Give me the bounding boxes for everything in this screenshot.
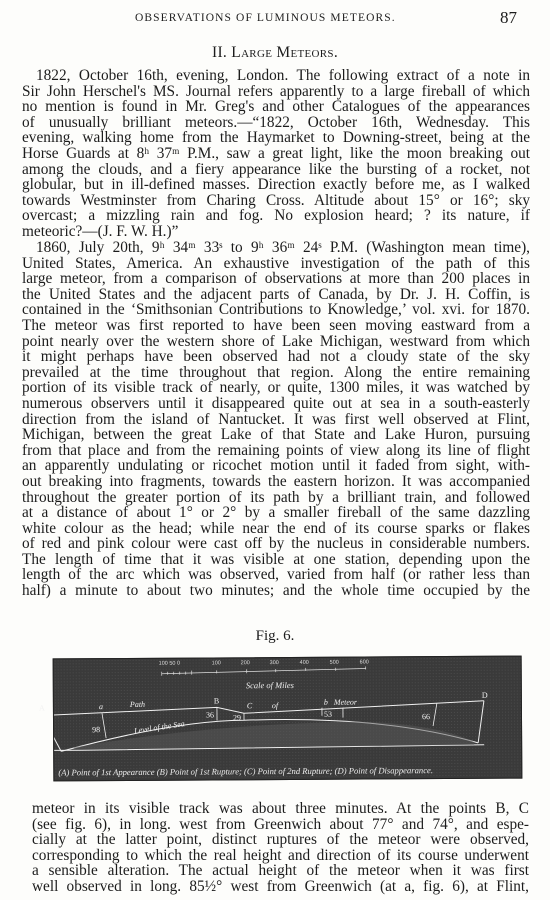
point-label-a: a [99,702,103,711]
text-line: a sensible alteration. The actual height… [32,863,529,879]
figure-caption: Fig. 6. [0,628,550,645]
text-line: 1860, July 20th, 9ʰ 34ᵐ 33ˢ to 9ʰ 36ᵐ 24… [22,240,530,256]
page-number: 87 [500,8,517,28]
text-line: United States, America. An exhaustive in… [22,256,530,272]
figure-meteor-path: 100 50 0 100 200 300 400 500 600 Scale o… [53,656,523,782]
meteor-path-diagram [54,657,522,781]
text-line: from that place and from the remaining p… [22,443,530,459]
point-label-d: D [482,691,488,700]
text-line: the United States and the adjacent parts… [22,287,530,303]
text-line: portion of its visible track of nearly, … [22,380,530,396]
point-label-a-upper: A [39,703,45,712]
point-label-b: B [214,696,219,705]
scale-tick: 200 [241,660,250,666]
height-label: 36 [206,710,214,719]
height-label: 29 [233,713,241,722]
scale-tick: 300 [270,660,279,666]
text-line: of red and pink colour were cast off by … [22,536,530,552]
text-line: point nearly over the western shore of L… [22,334,530,350]
paragraph-continuation: meteor in its visible track was about th… [32,801,529,895]
running-head: Observations of Luminous Meteors. 87 [0,8,550,28]
text-line: 1822, October 16th, evening, London. The… [22,68,530,84]
text-line: globular, but in ill-defined masses. Dir… [22,177,530,193]
scale-tick: 600 [360,660,369,666]
text-line: well observed in long. 85½° west from Gr… [32,879,529,895]
text-line: at a distance of about 1° or 2° by a sma… [22,505,530,521]
text-line: (see fig. 6), in long. west from Greenwi… [32,817,529,833]
section-numeral: II. [212,44,227,61]
text-line: Sir John Herschel's MS. Journal refers a… [22,84,530,100]
path-word-meteor: Meteor [334,698,357,707]
scale-tick: 100 [212,660,221,666]
text-line: cially at the latter point, distinct rup… [32,832,529,848]
text-line: towards Westminster from Charing Cross. … [22,193,530,209]
height-label: 98 [92,725,100,734]
scale-of-miles-label: Scale of Miles [246,680,294,690]
text-line: no mention is found in Mr. Greg's and ot… [22,99,530,115]
text-line: of unusually brilliant meteors.—“1822, O… [22,115,530,131]
text-line: Horse Guards at 8ʰ 37ᵐ P.M., saw a great… [22,146,530,162]
text-line: overcast; a mizzling rain and fog. No ex… [22,208,530,224]
text-line: an apparently undulating or ricochet mot… [22,458,530,474]
section-title: Large Meteors. [231,44,338,61]
text-line: evening, walking home from the Haymarket… [22,130,530,146]
text-line: length of the arc which was observed, va… [22,567,530,583]
height-label: 53 [324,710,332,719]
text-line: meteor in its visible track was about th… [32,801,529,817]
paragraph-1822: 1822, October 16th, evening, London. The… [22,68,530,240]
section-heading: II. Large Meteors. [0,44,550,62]
text-line: among the clouds, and a fiery appearance… [22,162,530,178]
text-line: direction from the island of Nantucket. … [22,412,530,428]
text-line: half) a minute to about two minutes; and… [22,583,530,599]
text-line: it might perhaps have been observed had … [22,349,530,365]
height-label: 66 [422,712,430,721]
scale-tick: 500 [330,660,339,666]
text-line: Michigan, between the great Lake of that… [22,427,530,443]
paragraph-1860: 1860, July 20th, 9ʰ 34ᵐ 33ˢ to 9ʰ 36ᵐ 24… [22,240,530,599]
point-label-c: C [247,701,252,710]
text-line: meteoric?—(J. F. W. H.)” [22,224,530,240]
running-title: Observations of Luminous Meteors. [135,12,396,24]
text-line: The length of time that it was visible a… [22,552,530,568]
text-line: contained in the ‘Smithsonian Contributi… [22,302,530,318]
point-label-b-lower: b [324,698,328,707]
text-line: large meteor, from a comparison of obser… [22,271,530,287]
path-word-path: Path [130,700,145,709]
text-line: The meteor was first reported to have be… [22,318,530,334]
scale-tick: 400 [300,660,309,666]
text-line: white colour as the head; while near the… [22,521,530,537]
text-line: prevailed at the time throughout that re… [22,365,530,381]
path-word-of: of [272,701,278,710]
text-line: out breaking into fragments, towards the… [22,474,530,490]
scale-tick: 100 50 0 [159,661,180,667]
text-line: numerous observers until it disappeared … [22,396,530,412]
text-line: throughout the greater portion of its pa… [22,490,530,506]
text-line: corresponding to which the real height a… [32,848,529,864]
